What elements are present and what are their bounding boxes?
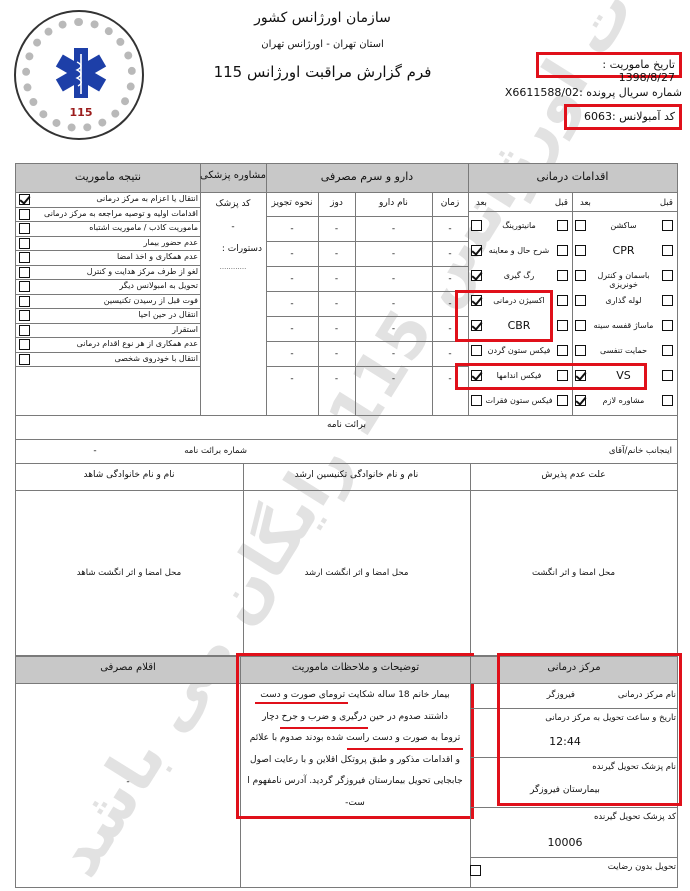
doctor-code-value: -	[200, 222, 266, 232]
mission-result-label: تحویل به امبولانس دیگر	[119, 281, 198, 290]
drugs-column-header: دوز	[318, 198, 355, 208]
treatment-before-checkbox[interactable]	[557, 245, 568, 256]
treatment-item-label: مشاوره لازم	[588, 396, 659, 405]
drugs-column-header: زمان	[432, 198, 468, 208]
mission-result-checkbox[interactable]	[19, 354, 30, 365]
consumables-title: اقلام مصرفی	[16, 662, 240, 673]
treatment-before-checkbox[interactable]	[557, 345, 568, 356]
drug-cell: -	[318, 224, 355, 234]
mission-result-checkbox[interactable]	[19, 238, 30, 249]
treatment-after-checkbox[interactable]	[471, 345, 482, 356]
drug-cell: -	[355, 324, 432, 334]
drugs-column-header: نحوه تجویز	[266, 198, 318, 208]
receiving-doctor-code-value: 10006	[520, 836, 610, 849]
signature-senior: محل امضا و اثر انگشت ارشد	[243, 568, 470, 578]
treatment-after-checkbox[interactable]	[575, 320, 586, 331]
after-label: بعد	[476, 198, 487, 208]
treatment-after-checkbox[interactable]	[575, 270, 586, 281]
senior-technician-header: نام و نام خانوادگی تکنیسین ارشد	[243, 470, 470, 480]
star-of-life-icon	[54, 46, 108, 100]
mission-result-checkbox[interactable]	[19, 194, 30, 205]
mission-result-label: انتقال یا اعزام به مرکز درمانی	[96, 194, 198, 203]
undersigned-label: اینجانب خانم/آقای	[609, 446, 672, 456]
mission-result-label: عدم حضور بیمار	[144, 238, 198, 247]
mission-result-label: فوت قبل از رسیدن تکنیسین	[104, 296, 198, 305]
highlight-notes	[236, 653, 474, 819]
drug-cell: -	[318, 299, 355, 309]
treatment-after-checkbox[interactable]	[471, 270, 482, 281]
signature-witness: محل امضا و اثر انگشت شاهد	[15, 568, 243, 578]
drug-cell: -	[355, 224, 432, 234]
doctor-code-label: کد پزشک	[200, 199, 266, 209]
mission-result-label: انتقال در حین احیا	[138, 310, 198, 319]
treatment-title: اقدامات درمانی	[468, 170, 677, 183]
drug-cell: -	[318, 324, 355, 334]
org-title: سازمان اورژانس کشور	[205, 10, 440, 26]
treatment-item-label: باسمان و کنترل خونریزی	[588, 271, 659, 289]
witness-header: نام و نام خانوادگی شاهد	[15, 470, 243, 480]
consumables-value: -	[16, 777, 240, 787]
drug-cell: -	[318, 374, 355, 384]
drug-cell: -	[318, 249, 355, 259]
drug-cell: -	[355, 349, 432, 359]
treatment-after-checkbox[interactable]	[575, 345, 586, 356]
logo-number: 115	[66, 106, 96, 119]
treatment-after-checkbox[interactable]	[471, 220, 482, 231]
drug-cell: -	[355, 274, 432, 284]
drug-cell: -	[432, 274, 468, 284]
treatment-after-checkbox[interactable]	[575, 295, 586, 306]
treatment-item-label: حمایت تنفسی	[588, 346, 659, 355]
no-consent-checkbox[interactable]	[470, 865, 481, 876]
mission-result-checkbox[interactable]	[19, 223, 30, 234]
treatment-before-checkbox[interactable]	[662, 320, 673, 331]
mission-result-label: لغو از طرف مرکز هدایت و کنترل	[87, 267, 198, 276]
drug-cell: -	[266, 299, 318, 309]
treatment-before-checkbox[interactable]	[557, 270, 568, 281]
before-label: قبل	[660, 198, 673, 208]
highlight-vs	[455, 363, 647, 390]
mission-result-checkbox[interactable]	[19, 325, 30, 336]
mission-result-label: استقرار	[172, 325, 198, 334]
treatment-item-label: ماساژ قفسه سینه	[588, 321, 659, 330]
refusal-reason-header: علت عدم پذیرش	[470, 470, 677, 480]
no-consent-label: تحویل بدون رضایت	[608, 862, 676, 872]
mission-result-label: عدم همکاری و اخذ امضا	[117, 252, 198, 261]
drug-cell: -	[355, 249, 432, 259]
mission-result-label: اقدامات اولیه و توصیه مراجعه به مرکز درم…	[44, 209, 198, 218]
drug-cell: -	[432, 249, 468, 259]
drug-cell: -	[355, 374, 432, 384]
drug-cell: -	[266, 224, 318, 234]
treatment-before-checkbox[interactable]	[662, 220, 673, 231]
treatment-before-checkbox[interactable]	[662, 295, 673, 306]
treatment-before-checkbox[interactable]	[662, 245, 673, 256]
medical-consult-title: مشاوره پزشکی	[200, 170, 266, 181]
mission-result-checkbox[interactable]	[19, 296, 30, 307]
consent-title: برائت نامه	[15, 420, 678, 430]
treatment-before-checkbox[interactable]	[662, 345, 673, 356]
ambulance-code: کد آمبولانس :6063	[564, 104, 682, 130]
drug-cell: -	[266, 274, 318, 284]
drugs-column-header: نام دارو	[355, 198, 432, 208]
treatment-before-checkbox[interactable]	[557, 395, 568, 406]
treatment-after-checkbox[interactable]	[575, 220, 586, 231]
treatment-after-checkbox[interactable]	[471, 395, 482, 406]
receiving-doctor-code-label: کد پزشک تحویل گیرنده	[594, 812, 676, 822]
treatment-before-checkbox[interactable]	[662, 370, 673, 381]
treatment-item-label: رگ گیری	[484, 271, 554, 280]
drug-cell: -	[432, 349, 468, 359]
drug-cell: -	[432, 224, 468, 234]
drugs-title: دارو و سرم مصرفی	[266, 170, 468, 183]
drug-cell: -	[318, 274, 355, 284]
mission-result-checkbox[interactable]	[19, 209, 30, 220]
signature-patient: محل امضا و اثر انگشت	[470, 568, 677, 578]
treatment-item-label: ساکشن	[588, 221, 659, 230]
mission-result-checkbox[interactable]	[19, 267, 30, 278]
consumables-frame	[15, 656, 241, 888]
treatment-before-checkbox[interactable]	[662, 395, 673, 406]
treatment-before-checkbox[interactable]	[662, 270, 673, 281]
drug-cell: -	[355, 299, 432, 309]
drug-cell: -	[266, 249, 318, 259]
mission-result-checkbox[interactable]	[19, 310, 30, 321]
treatment-after-checkbox[interactable]	[471, 245, 482, 256]
mission-result-checkbox[interactable]	[19, 252, 30, 263]
treatment-before-checkbox[interactable]	[557, 295, 568, 306]
consent-number-label: شماره برائت نامه	[184, 446, 247, 456]
ems-logo: 115	[14, 10, 144, 140]
treatment-item-label: فیکس ستون فقرات	[484, 396, 554, 405]
instructions-label: دستورات :	[200, 244, 266, 254]
treatment-item-label: فیکس ستون گردن	[484, 346, 554, 355]
treatment-item-label: مانیتورینگ	[484, 221, 554, 230]
mission-result-title: نتیجه ماموریت	[16, 170, 200, 183]
consent-frame	[15, 415, 678, 656]
after-label: بعد	[580, 198, 591, 208]
org-subtitle: استان تهران - اورژانس تهران	[205, 39, 440, 50]
mission-result-checkbox[interactable]	[19, 339, 30, 350]
instructions-value: ............	[200, 263, 266, 271]
drug-cell: -	[318, 349, 355, 359]
highlight-treatment-center	[497, 653, 682, 806]
mission-result-label: ماموریت کاذب / ماموریت اشتباه	[89, 223, 198, 232]
serial-number: شماره سریال پرونده :X6611588/02	[496, 86, 682, 99]
form-title: فرم گزارش مراقبت اورژانس 115	[205, 63, 440, 81]
mission-result-label: انتقال با خودروی شخصی	[114, 354, 198, 363]
highlight-oxygen-cbr	[455, 290, 553, 342]
treatment-before-checkbox[interactable]	[557, 320, 568, 331]
drug-cell: -	[266, 324, 318, 334]
treatment-after-checkbox[interactable]	[575, 245, 586, 256]
before-label: قبل	[555, 198, 568, 208]
treatment-item-label: شرح حال و معاینه	[484, 246, 554, 255]
treatment-item-label: لوله گذاری	[588, 296, 659, 305]
treatment-item-label: CPR	[588, 244, 659, 257]
consent-number-value: -	[80, 446, 110, 456]
treatment-before-checkbox[interactable]	[557, 220, 568, 231]
mission-date: تاریخ ماموریت : 1398/8/27	[536, 52, 682, 78]
drug-cell: -	[266, 374, 318, 384]
mission-result-label: عدم همکاری از هر نوع اقدام درمانی	[77, 339, 198, 348]
treatment-after-checkbox[interactable]	[575, 395, 586, 406]
drug-cell: -	[266, 349, 318, 359]
mission-result-checkbox[interactable]	[19, 281, 30, 292]
